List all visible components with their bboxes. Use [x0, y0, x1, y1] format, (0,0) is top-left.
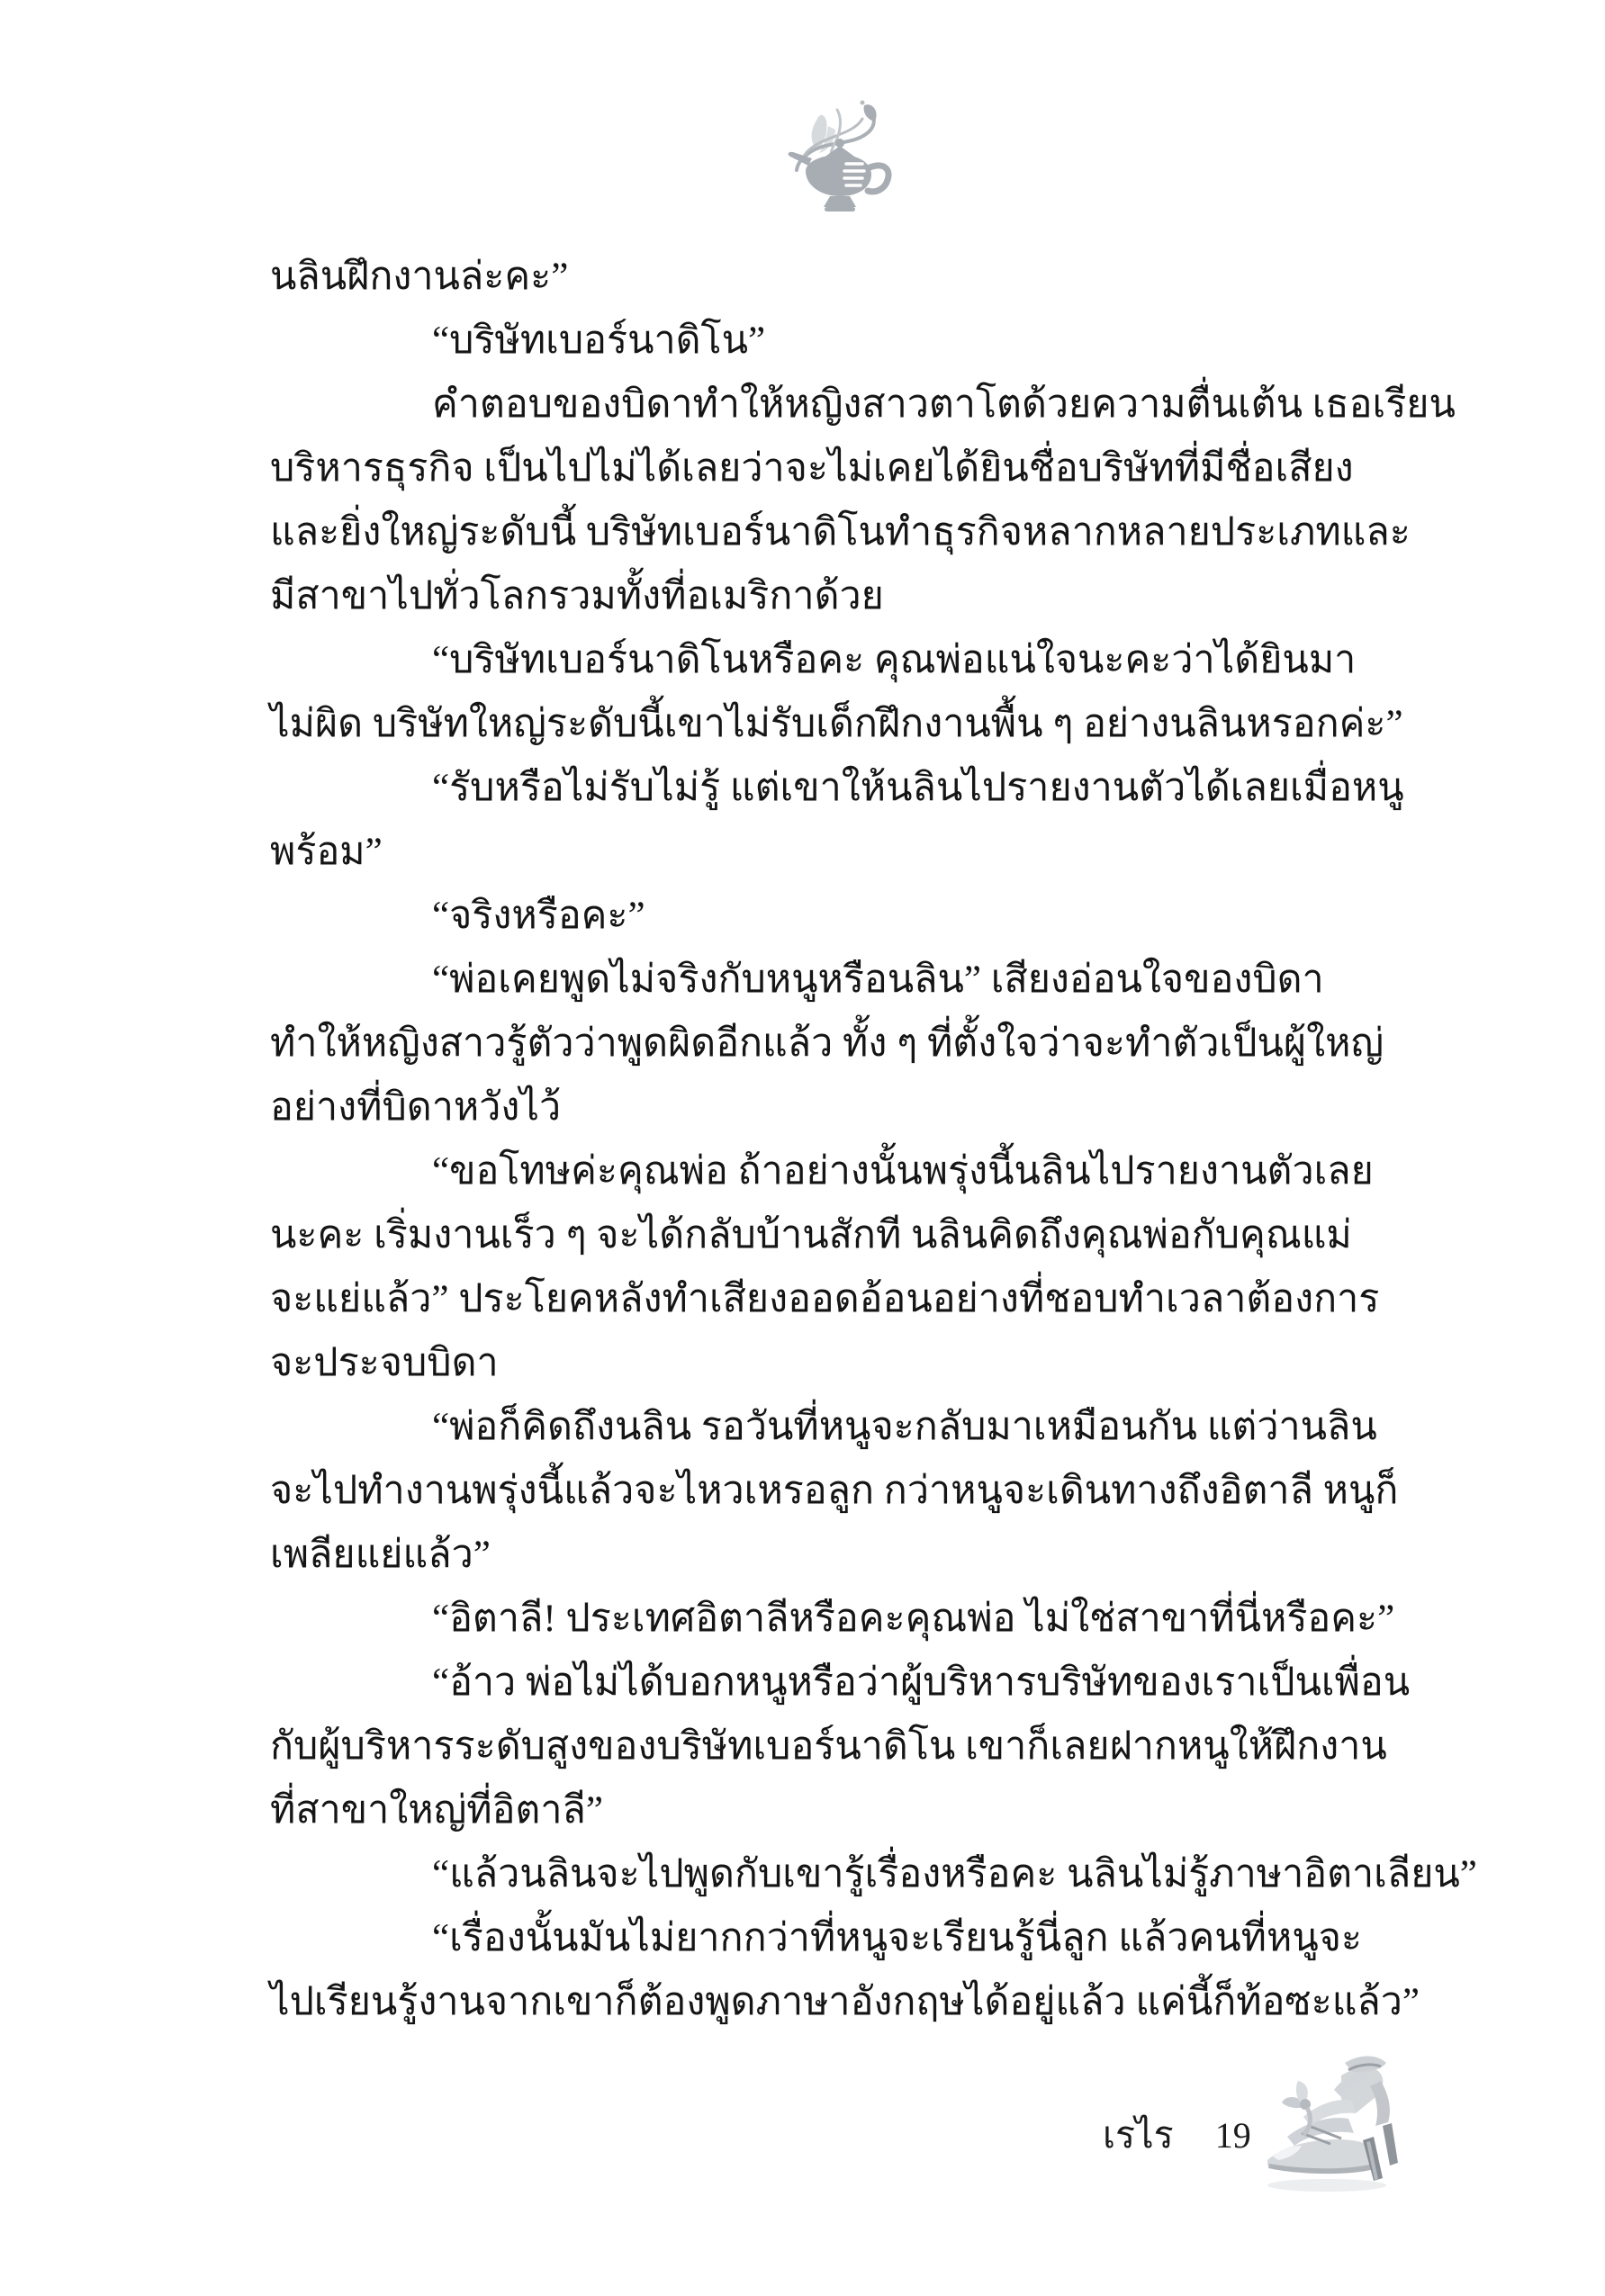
- text-line: มีสาขาไปทั่วโลกรวมทั้งที่อเมริกาด้วย: [270, 564, 1424, 628]
- text-line: ทำให้หญิงสาวรู้ตัวว่าพูดผิดอีกแล้ว ทั้ง …: [270, 1012, 1424, 1076]
- text-line: “อ้าว พ่อไม่ได้บอกหนูหรือว่าผู้บริหารบริ…: [270, 1651, 1424, 1715]
- text-line: ไปเรียนรู้งานจากเขาก็ต้องพูดภาษาอังกฤษได…: [270, 1970, 1424, 2034]
- text-line: คำตอบของบิดาทำให้หญิงสาวตาโตด้วยความตื่น…: [270, 373, 1424, 437]
- text-line: “รับหรือไม่รับไม่รู้ แต่เขาให้นลินไปรายง…: [270, 756, 1424, 820]
- page-number: 19: [1215, 2114, 1251, 2156]
- text-line: “ขอโทษค่ะคุณพ่อ ถ้าอย่างนั้นพรุ่งนี้นลิน…: [270, 1139, 1424, 1203]
- book-title: เรไร: [1103, 2106, 1174, 2165]
- text-line: นลินฝึกงานล่ะคะ”: [270, 245, 1424, 309]
- text-line: ไม่ผิด บริษัทใหญ่ระดับนี้เขาไม่รับเด็กฝึ…: [270, 692, 1424, 756]
- high-heel-sandals-icon: [1255, 2050, 1417, 2200]
- text-line: บริหารธุรกิจ เป็นไปไม่ได้เลยว่าจะไม่เคยไ…: [270, 437, 1424, 500]
- text-line: และยิ่งใหญ่ระดับนี้ บริษัทเบอร์นาดิโนทำธ…: [270, 500, 1424, 564]
- text-line: เพลียแย่แล้ว”: [270, 1523, 1424, 1587]
- book-page: นลินฝึกงานล่ะคะ”“บริษัทเบอร์นาดิโน”คำตอบ…: [0, 0, 1605, 2296]
- text-line: กับผู้บริหารระดับสูงของบริษัทเบอร์นาดิโน…: [270, 1715, 1424, 1778]
- text-line: “จริงหรือคะ”: [270, 884, 1424, 948]
- text-line: “บริษัทเบอร์นาดิโนหรือคะ คุณพ่อแน่ใจนะคะ…: [270, 628, 1424, 692]
- text-line: “อิตาลี! ประเทศอิตาลีหรือคะคุณพ่อ ไม่ใช่…: [270, 1587, 1424, 1651]
- text-line: “พ่อเคยพูดไม่จริงกับหนูหรือนลิน” เสียงอ่…: [270, 948, 1424, 1012]
- page-footer: เรไร 19: [1103, 2106, 1251, 2165]
- text-line: นะคะ เริ่มงานเร็ว ๆ จะได้กลับบ้านสักที น…: [270, 1203, 1424, 1267]
- text-line: “บริษัทเบอร์นาดิโน”: [270, 309, 1424, 373]
- body-text: นลินฝึกงานล่ะคะ”“บริษัทเบอร์นาดิโน”คำตอบ…: [270, 245, 1424, 2034]
- text-line: “พ่อก็คิดถึงนลิน รอวันที่หนูจะกลับมาเหมื…: [270, 1395, 1424, 1459]
- text-line: อย่างที่บิดาหวังไว้: [270, 1076, 1424, 1139]
- text-line: ที่สาขาใหญ่ที่อิตาลี”: [270, 1778, 1424, 1842]
- text-line: “เรื่องนั้นมันไม่ยากกว่าที่หนูจะเรียนรู้…: [270, 1906, 1424, 1970]
- text-line: “แล้วนลินจะไปพูดกับเขารู้เรื่องหรือคะ นล…: [270, 1842, 1424, 1906]
- teapot-steam-icon: [785, 99, 895, 221]
- text-line: จะประจบบิดา: [270, 1331, 1424, 1395]
- text-line: จะไปทำงานพรุ่งนี้แล้วจะไหวเหรอลูก กว่าหน…: [270, 1459, 1424, 1523]
- text-line: จะแย่แล้ว” ประโยคหลังทำเสียงออดอ้อนอย่าง…: [270, 1267, 1424, 1331]
- text-line: พร้อม”: [270, 820, 1424, 884]
